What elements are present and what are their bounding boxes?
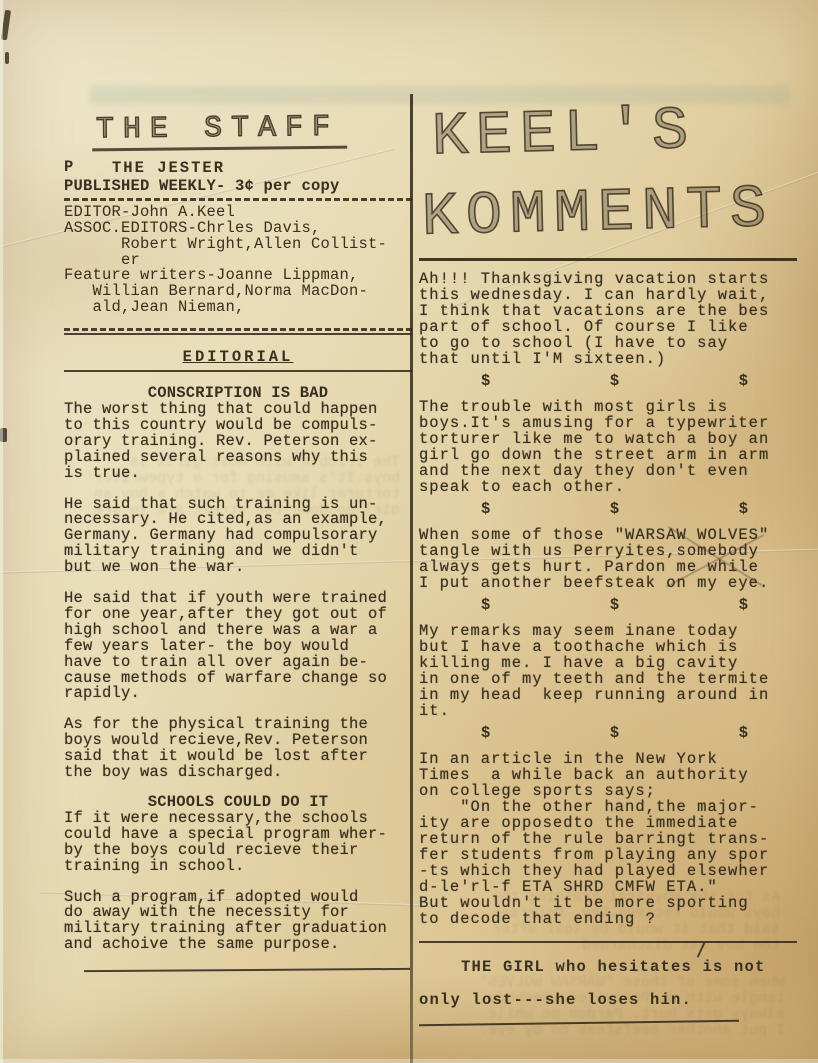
dollar-glyph: $ (739, 597, 749, 613)
editorial-paragraph: The worst thing that could happen to thi… (64, 402, 412, 482)
dollar-separator: $ $ $ (419, 597, 797, 613)
left-column: THE STAFF P THE JESTER PUBLISHED WEEKLY-… (64, 112, 412, 971)
komments-paragraph: When some of those "WARSAW WOLVES" tangl… (419, 527, 797, 591)
dollar-glyph: $ (481, 725, 491, 741)
solid-rule (419, 1020, 739, 1026)
komments-paragraph: The trouble with most girls is boys.It's… (419, 399, 797, 495)
komments-paragraph: Ah!!! Thanksgiving vacation starts this … (419, 271, 797, 367)
scan-edge (0, 1059, 818, 1063)
komments-title: KEEL'S KOMMENTS (417, 89, 799, 258)
editorial-header: EDITORIAL (64, 350, 412, 366)
komments-title-line1: KEEL'S (431, 89, 797, 178)
dollar-glyph: $ (481, 373, 491, 389)
staff-title: THE STAFF (92, 111, 347, 152)
footer-quote-line: THE GIRL who hesitates is not (461, 959, 797, 975)
solid-rule (64, 333, 412, 335)
dollar-glyph: $ (610, 373, 620, 389)
editorial-paragraph: If it were necessary,the schools could h… (64, 811, 412, 875)
scan-edge (0, 0, 3, 1063)
footer-quote: THE GIRL who hesitates is not only lost-… (419, 959, 797, 1008)
ink-speck (5, 52, 9, 64)
dollar-glyph: $ (610, 597, 620, 613)
komments-column: KEEL'S KOMMENTS Ah!!! Thanksgiving vacat… (419, 94, 797, 1024)
dollar-glyph: $ (739, 725, 749, 741)
dollar-glyph: $ (610, 501, 620, 517)
solid-rule (64, 370, 412, 372)
solid-rule (419, 258, 797, 261)
editorial-paragraph: He said that such training is un- necess… (64, 497, 412, 577)
dollar-separator: $ $ $ (419, 501, 797, 517)
publication-info: PUBLISHED WEEKLY- 3¢ per copy (64, 179, 412, 195)
dashed-rule (64, 328, 412, 331)
dollar-separator: $ $ $ (419, 725, 797, 741)
editorial-paragraph: He said that if youth were trained for o… (64, 591, 412, 702)
solid-rule (84, 968, 410, 972)
dollar-separator: $ $ $ (419, 373, 797, 389)
komments-paragraph: My remarks may seem inane today but I ha… (419, 623, 797, 719)
footer-quote-line: only lost---she loses hin. (419, 992, 797, 1008)
dollar-glyph: $ (739, 501, 749, 517)
staff-list: EDITOR-John A.Keel ASSOC.EDITORS-Chrles … (64, 205, 412, 316)
solid-rule (419, 941, 797, 943)
stray-typed-character: P (64, 160, 74, 176)
dollar-glyph: $ (610, 725, 620, 741)
editorial-paragraph: Such a program,if adopted would do away … (64, 890, 412, 954)
dollar-glyph: $ (481, 597, 491, 613)
paper-name: THE JESTER (112, 161, 412, 177)
komments-title-line2: KOMMENTS (421, 169, 799, 258)
editorial-paragraph: As for the physical training the boys wo… (64, 717, 412, 781)
section-divider-band (64, 328, 412, 335)
dollar-glyph: $ (481, 501, 491, 517)
newspaper-page: THE STAFF P THE JESTER PUBLISHED WEEKLY-… (0, 0, 818, 1063)
komments-paragraph: In an article in the New York Times a wh… (419, 751, 797, 927)
dashed-rule (64, 198, 412, 201)
dollar-glyph: $ (739, 373, 749, 389)
